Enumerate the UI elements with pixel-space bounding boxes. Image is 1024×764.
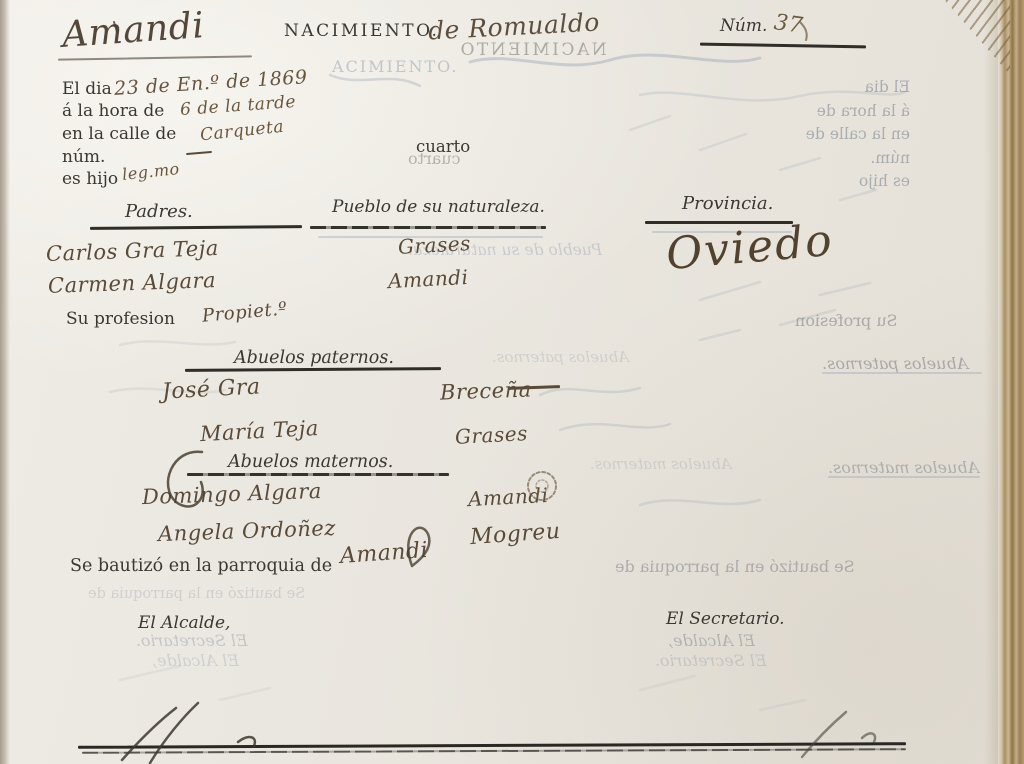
pen-flourishes [0, 0, 1024, 764]
right-page-stack-edge [998, 0, 1024, 764]
scanned-birth-record-page: NACIMIENTO ACIMIENTO. El dia á la hora d… [0, 0, 1024, 764]
right-page-edge-shadow [984, 0, 998, 764]
left-page-edge [0, 0, 10, 764]
